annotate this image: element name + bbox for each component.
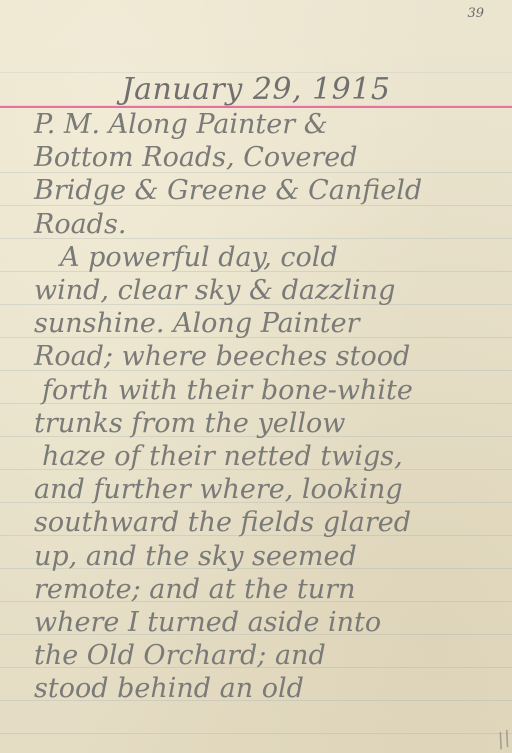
journal-entry-text: P. M. Along Painter & Bottom Roads, Cove…	[34, 108, 496, 706]
text-line: forth with their bone-white	[34, 374, 496, 407]
entry-date: January 29, 1915	[0, 72, 512, 107]
text-line: where I turned aside into	[34, 606, 496, 639]
text-line: trunks from the yellow	[34, 407, 496, 440]
text-line: wind, clear sky & dazzling	[34, 274, 496, 307]
text-line: and further where, looking	[34, 473, 496, 506]
text-line: up, and the sky seemed	[34, 540, 496, 573]
text-line: southward the fields glared	[34, 506, 496, 539]
corner-pencil-mark: //	[493, 725, 512, 752]
text-line: remote; and at the turn	[34, 573, 496, 606]
journal-page: 39 January 29, 1915 P. M. Along Painter …	[0, 0, 512, 753]
text-line: haze of their netted twigs,	[34, 440, 496, 473]
text-line: Bottom Roads, Covered	[34, 141, 496, 174]
text-line: A powerful day, cold	[34, 241, 496, 274]
page-number: 39	[467, 6, 484, 21]
text-line: stood behind an old	[34, 672, 496, 705]
text-line: sunshine. Along Painter	[34, 307, 496, 340]
text-line: Road; where beeches stood	[34, 340, 496, 373]
text-line: P. M. Along Painter &	[34, 108, 496, 141]
text-line: the Old Orchard; and	[34, 639, 496, 672]
text-line: Roads.	[34, 208, 496, 241]
text-line: Bridge & Greene & Canfield	[34, 174, 496, 207]
